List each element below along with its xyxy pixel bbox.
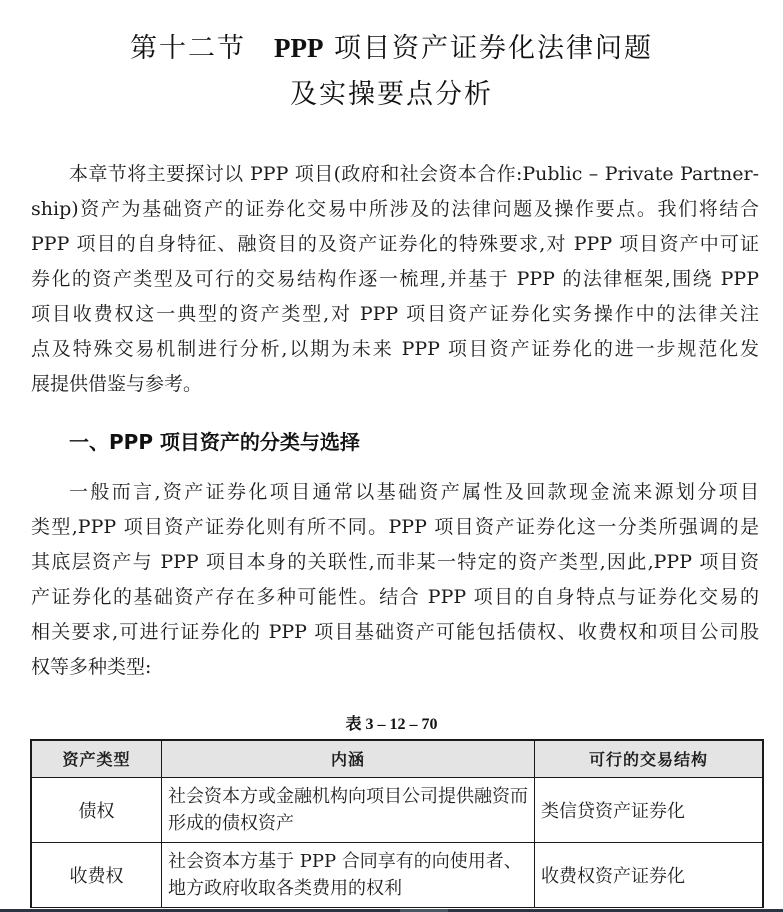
header-meaning: 内涵 — [162, 740, 535, 777]
title-ppp: PPP — [274, 33, 323, 63]
intro-paragraph: 本章节将主要探讨以 PPP 项目(政府和社会资本合作:Public – Priv… — [31, 157, 759, 402]
paragraph-line: 产证券化的基础资产存在多种可能性。结合 PPP 项目的自身特点与证券化交易的 — [31, 580, 759, 615]
paragraph-line: ship)资产为基础资产的证券化交易中所涉及的法律问题及操作要点。我们将结合 — [31, 192, 759, 227]
paragraph-line: 点及特殊交易机制进行分析,以期为未来 PPP 项目资产证券化的进一步规范化发 — [31, 332, 759, 367]
paragraph-line: 展提供借鉴与参考。 — [31, 367, 759, 402]
cell-asset-type: 收费权 — [31, 842, 162, 907]
paragraph-line: 券化的资产类型及可行的交易结构作逐一梳理,并基于 PPP 的法律框架,围绕 PP… — [31, 262, 759, 297]
table-row: 收费权 社会资本方基于 PPP 合同享有的向使用者、地方政府收取各类费用的权利 … — [31, 842, 763, 907]
cell-meaning: 社会资本方或金融机构向项目公司提供融资而形成的债权资产 — [162, 777, 535, 842]
cell-asset-type: 债权 — [31, 777, 162, 842]
paragraph-line: PPP 项目的自身特征、融资目的及资产证券化的特殊要求,对 PPP 项目资产中可… — [31, 227, 759, 262]
cell-meaning: 社会资本方基于 PPP 合同享有的向使用者、地方政府收取各类费用的权利 — [162, 842, 535, 907]
chapter-number: 第十二节 — [130, 33, 246, 64]
paragraph-line: 相关要求,可进行证券化的 PPP 项目基础资产可能包括债权、收费权和项目公司股 — [31, 615, 759, 650]
paragraph-line: 权等多种类型: — [31, 650, 759, 685]
cell-structure: 类信贷资产证券化 — [535, 777, 764, 842]
header-asset-type: 资产类型 — [31, 740, 162, 777]
table-header-row: 资产类型 内涵 可行的交易结构 — [31, 740, 763, 777]
asset-type-table: 资产类型 内涵 可行的交易结构 债权 社会资本方或金融机构向项目公司提供融资而形… — [30, 739, 764, 908]
paragraph-line: 其底层资产与 PPP 项目本身的关联性,而非某一特定的资产类型,因此,PPP 项… — [31, 545, 759, 580]
paragraph-line: 本章节将主要探讨以 PPP 项目(政府和社会资本合作:Public – Priv… — [31, 157, 759, 192]
paragraph-line: 项目收费权这一典型的资产类型,对 PPP 项目资产证券化实务操作中的法律关注 — [31, 297, 759, 332]
title-rest: 项目资产证券化法律问题 — [323, 33, 653, 64]
paragraph-line: 一般而言,资产证券化项目通常以基础资产属性及回款现金流来源划分项目 — [31, 475, 759, 510]
table-row: 债权 社会资本方或金融机构向项目公司提供融资而形成的债权资产 类信贷资产证券化 — [31, 777, 763, 842]
document-page: 第十二节PPP 项目资产证券化法律问题 及实操要点分析 本章节将主要探讨以 PP… — [0, 0, 783, 912]
chapter-title-line-1: 第十二节PPP 项目资产证券化法律问题 — [0, 26, 783, 65]
chapter-title-line-2: 及实操要点分析 — [0, 72, 783, 111]
paragraph-line: 类型,PPP 项目资产证券化则有所不同。PPP 项目资产证券化这一分类所强调的是 — [31, 510, 759, 545]
section-paragraph: 一般而言,资产证券化项目通常以基础资产属性及回款现金流来源划分项目 类型,PPP… — [31, 475, 759, 685]
section-heading: 一、PPP 项目资产的分类与选择 — [69, 426, 360, 455]
cell-structure: 收费权资产证券化 — [535, 842, 764, 907]
header-structure: 可行的交易结构 — [535, 740, 764, 777]
table-caption: 表 3 – 12 – 70 — [0, 711, 783, 734]
